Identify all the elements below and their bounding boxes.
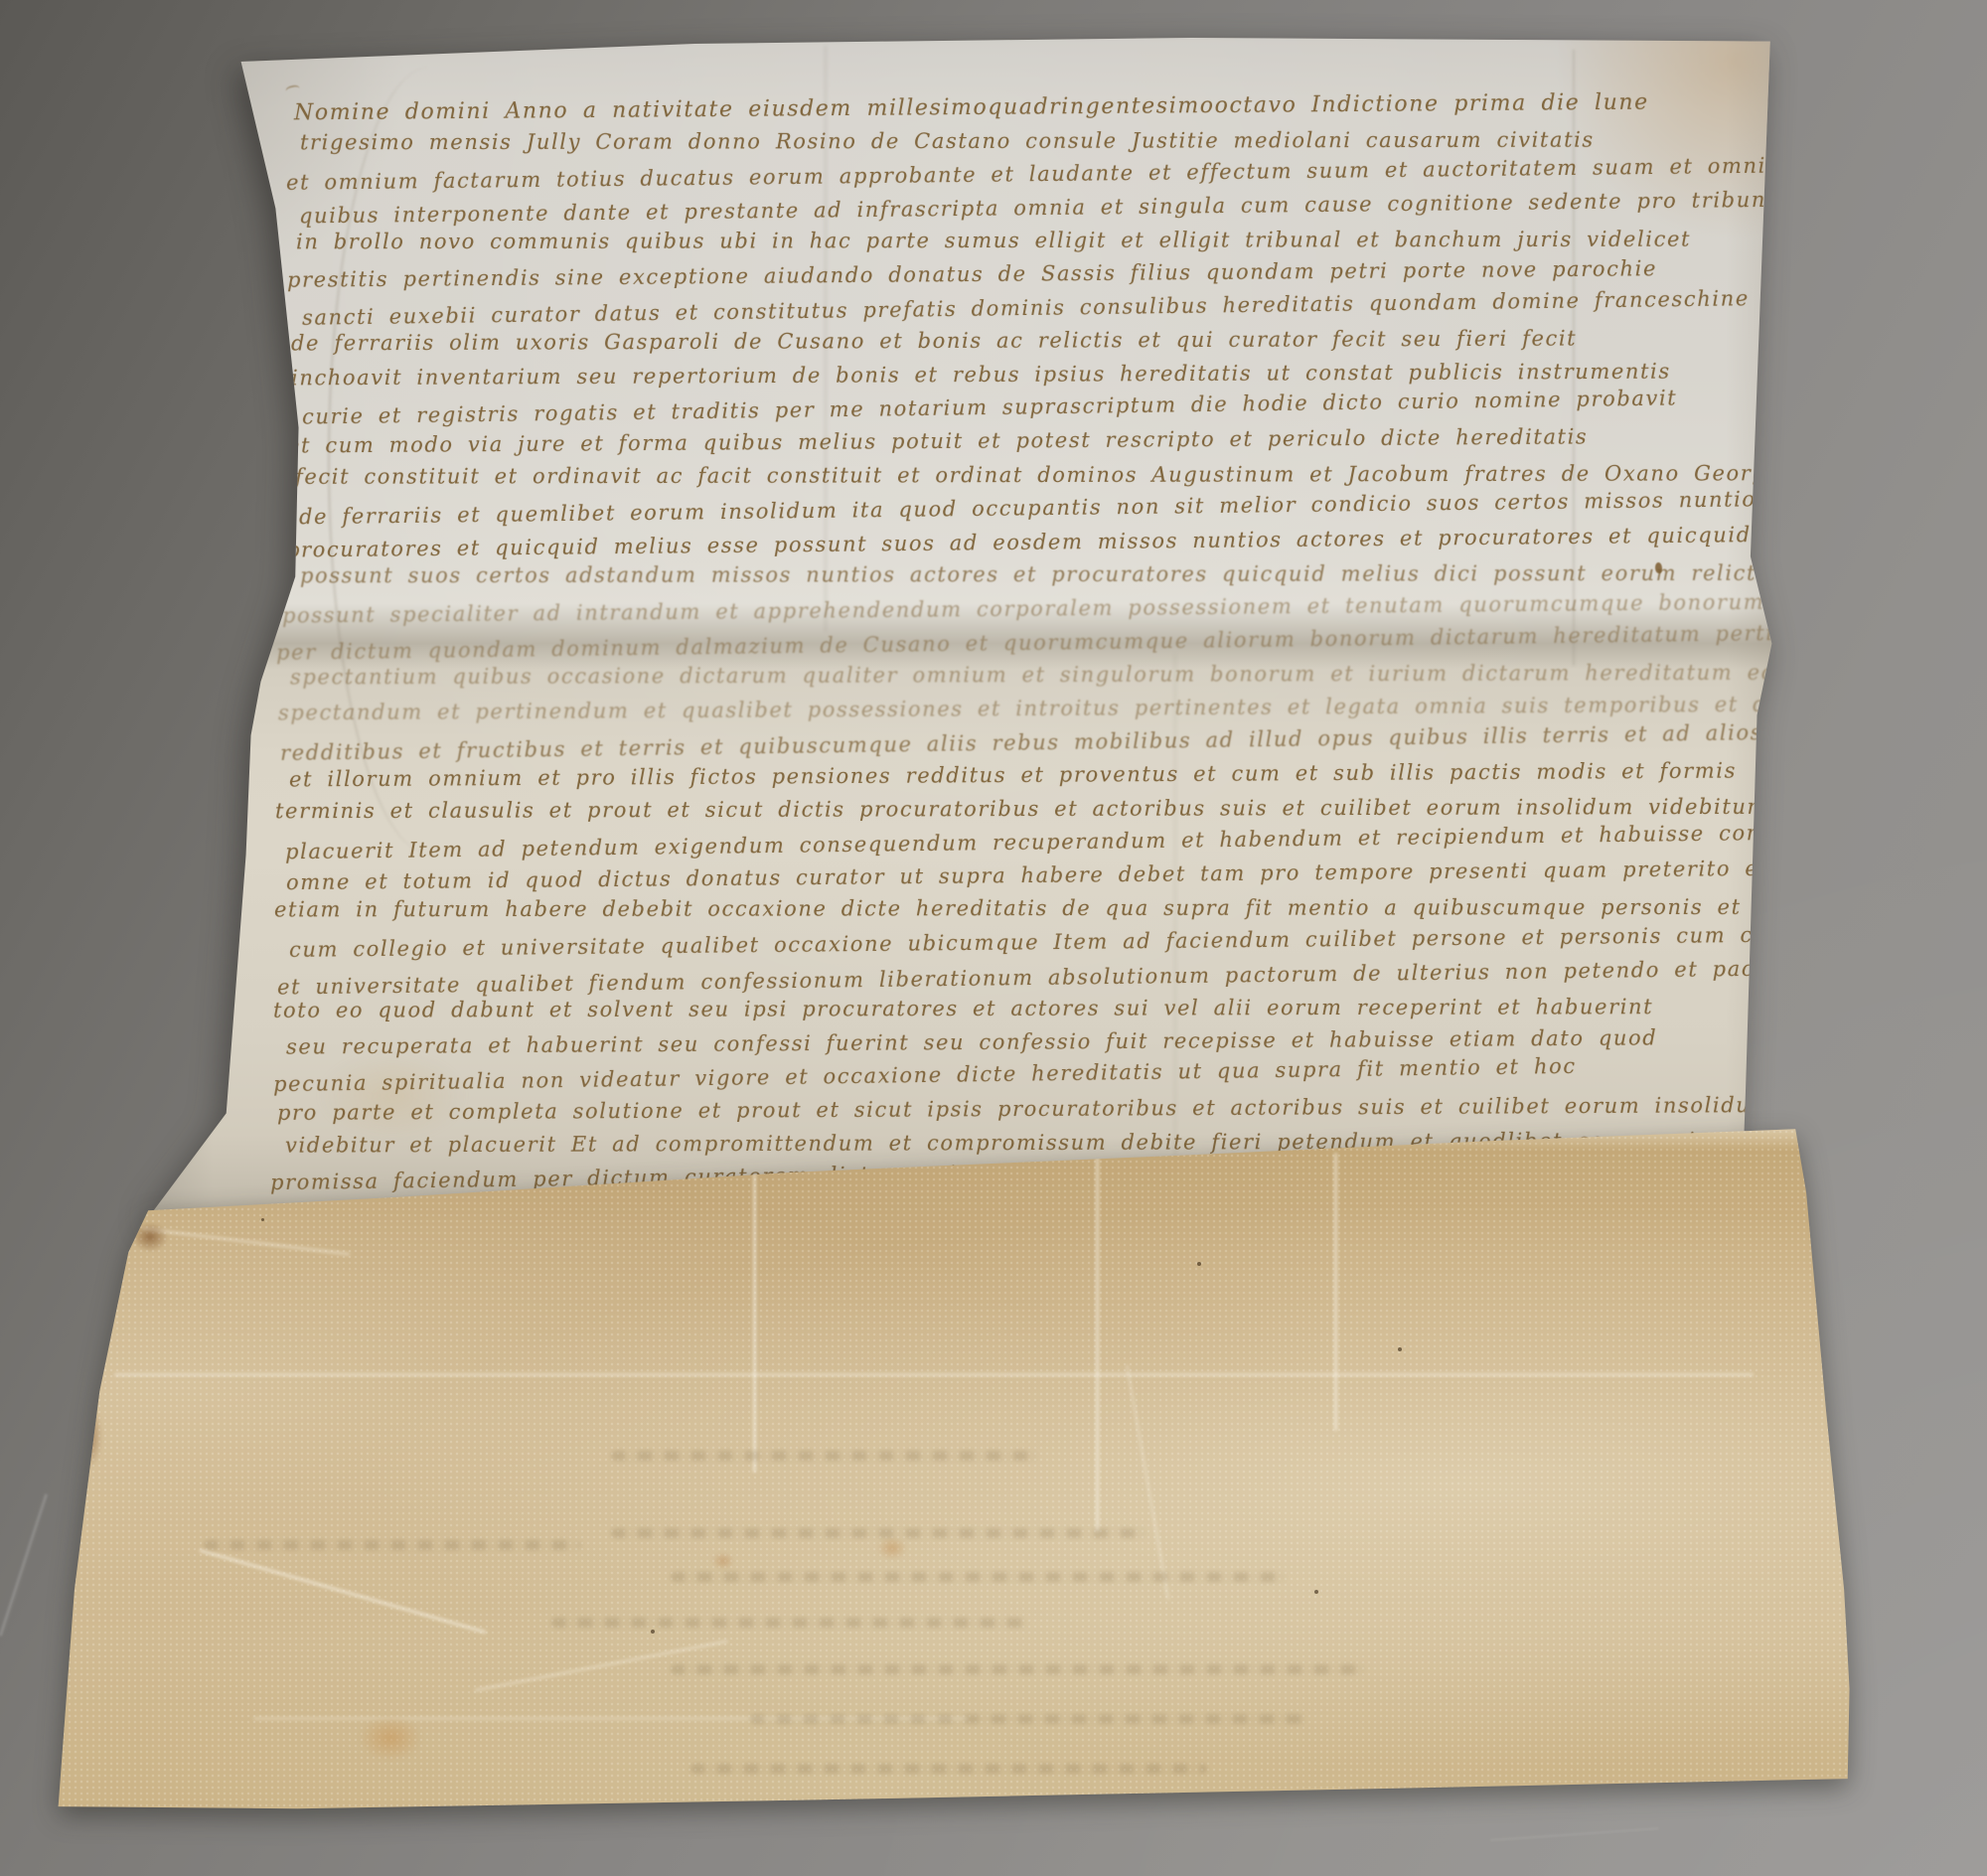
parchment-stain — [712, 1552, 734, 1570]
parchment-recto-surface: Nomine domini Anno a nativitate eiusdem … — [139, 38, 1783, 1230]
manuscript-line: spectantium quibus occasione dictarum qu… — [290, 661, 1823, 690]
manuscript-line: Nomine domini Anno a nativitate eiusdem … — [294, 90, 1649, 126]
show-through-line — [204, 1540, 581, 1550]
crease-streak — [753, 1145, 756, 1473]
ink-speck — [651, 1630, 655, 1634]
parchment-stain — [132, 1222, 168, 1252]
manuscript-line: quibus interponente dante et prestante a… — [299, 187, 1797, 228]
manuscript-line: de ferrariis et quemlibet eorum insolidu… — [299, 487, 1807, 530]
manuscript-line: seu recuperata et habuerint seu confessi… — [286, 1025, 1657, 1058]
manuscript-text: Nomine domini Anno a nativitate eiusdem … — [294, 38, 1675, 1230]
manuscript-line: de ferrariis olim uxoris Gasparoli de Cu… — [291, 327, 1577, 356]
show-through-line — [551, 1618, 1028, 1628]
parchment-back-flap — [55, 1123, 1855, 1818]
crease-streak — [1334, 1153, 1337, 1431]
manuscript-line: inchoavit inventarium seu repertorium de… — [291, 359, 1671, 390]
parchment-verso-surface — [55, 1123, 1855, 1818]
manuscript-line: et omnium factarum totius ducatus eorum … — [286, 153, 1809, 195]
crease-streak — [1096, 1135, 1099, 1532]
parchment-upper-sheet: Nomine domini Anno a nativitate eiusdem … — [139, 38, 1783, 1230]
backdrop-scratch — [0, 1493, 48, 1637]
parchment-stain — [877, 1536, 907, 1560]
crease-streak — [114, 1373, 1754, 1376]
photo-backdrop: Nomine domini Anno a nativitate eiusdem … — [0, 0, 1987, 1876]
parchment-stain — [73, 1403, 102, 1469]
ink-speck — [1197, 1262, 1201, 1266]
show-through-line — [611, 1528, 1147, 1538]
parchment-stain — [359, 1715, 422, 1761]
manuscript-line: omne et totum id quod dictus donatus cur… — [286, 857, 1769, 894]
ink-speck — [1398, 1347, 1402, 1351]
manuscript-line: et cum modo via jure et forma quibus mel… — [287, 424, 1588, 457]
show-through-line — [690, 1764, 1207, 1774]
manuscript-line: etiam in futurum habere debebit occaxion… — [274, 895, 1900, 922]
manuscript-line: possunt suos certos adstandum missos nun… — [300, 561, 1819, 588]
manuscript-line: cum collegio et universitate qualibet oc… — [289, 922, 1836, 962]
ink-speck — [1068, 1153, 1071, 1156]
ink-speck — [261, 1218, 264, 1221]
manuscript-line: per dictum quondam dominum dalmazium de … — [276, 619, 1911, 665]
manuscript-line: spectandum et pertinendum et quaslibet p… — [278, 692, 1781, 724]
manuscript-line: prestitis pertinendis sine exceptione ai… — [287, 256, 1657, 292]
show-through-line — [671, 1664, 1366, 1674]
manuscript-line: sancti euxebii curator datus et constitu… — [302, 286, 1750, 330]
manuscript-line: procuratores et quicquid melius esse pos… — [286, 521, 1911, 561]
manuscript-line: pro parte et completa solutione et prout… — [277, 1093, 1772, 1125]
manuscript-line: in brollo novo communis quibus ubi in ha… — [296, 228, 1691, 254]
manuscript-line: toto eo quod dabunt et solvent seu ipsi … — [273, 995, 1653, 1022]
manuscript-line: curie et registris rogatis et traditis p… — [302, 387, 1678, 429]
ink-speck — [571, 1159, 575, 1163]
manuscript-line: trigesimo mensis Jully Coram donno Rosin… — [300, 127, 1595, 154]
manuscript-line: terminis et clausulis et prout et sicut … — [275, 794, 1797, 823]
show-through-line — [611, 1451, 1038, 1461]
show-through-line — [671, 1572, 1287, 1582]
manuscript-line: et illorum omnium et pro illis fictos pe… — [289, 759, 1737, 792]
manuscript-line: pecunia spiritualia non videatur vigore … — [273, 1054, 1577, 1096]
backdrop-scratch — [1490, 1827, 1659, 1841]
manuscript-line: fecit constituit et ordinavit ac facit c… — [295, 461, 1811, 489]
show-through-line — [750, 1714, 1306, 1724]
ink-speck — [1314, 1590, 1318, 1594]
